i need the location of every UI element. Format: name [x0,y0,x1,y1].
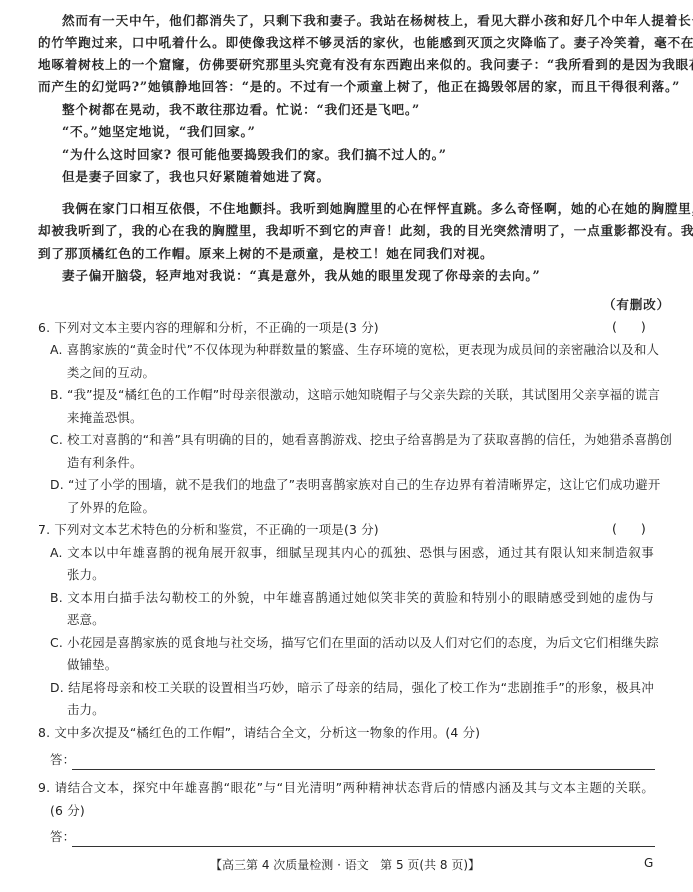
option-c-cont: 造有利条件。 [67,455,143,471]
source-note: （有删改） [603,297,670,313]
option-a[interactable]: A. 喜鹊家族的“黄金时代”不仅体现为种群数量的繁盛、生存环境的宽松，更表现为成… [50,342,654,358]
passage-line: 但是妻子回家了，我也只好紧随着她进了窝。 [62,169,330,185]
passage-line: “为什么这时回家? 很可能他要捣毁我们的家。我们搞不过人的。” [62,147,447,163]
option-d[interactable]: D. 结尾将母亲和校工关联的设置相当巧妙，暗示了母亲的结局，强化了校工作为“悲剧… [50,680,654,696]
question-stem-cont: (6 分) [50,803,85,819]
passage-line: 的竹竿跑过来，口中吼着什么。即使像我这样不够灵活的家伙，也能感到灭顶之灾降临了。… [38,35,654,51]
option-d-cont: 了外界的危险。 [67,500,155,516]
option-b[interactable]: B. “我”提及“橘红色的工作帽”时母亲很激动，这暗示她知晓帽子与父亲失踪的关联… [50,387,654,403]
option-d-cont: 击力。 [67,702,105,718]
version-mark: G [644,856,653,870]
option-c[interactable]: C. 小花园是喜鹊家族的觅食地与社交场，描写它们在里面的活动以及人们对它们的态度… [50,635,654,651]
option-a-cont: 张力。 [67,567,105,583]
option-c[interactable]: C. 校工对喜鹊的“和善”具有明确的目的，她看喜鹊游戏、挖虫子给喜鹊是为了获取喜… [50,432,654,448]
question-stem: 8. 文中多次提及“橘红色的工作帽”，请结合全文，分析这一物象的作用。(4 分) [38,725,480,741]
passage-line: 我俩在家门口相互依偎，不住地颤抖。我听到她胸膛里的心在怦怦直跳。多么奇怪啊，她的… [62,201,654,217]
question-stem: 7. 下列对文本艺术特色的分析和鉴赏，不正确的一项是(3 分) [38,522,379,538]
answer-line[interactable] [72,846,655,847]
option-a-cont: 类之间的互动。 [67,365,155,381]
answer-bracket[interactable]: ( ) [612,319,646,334]
page-footer: 【高三第 4 次质量检测 · 语文 第 5 页(共 8 页)】 [210,856,480,873]
answer-line[interactable] [72,769,655,770]
option-b[interactable]: B. 文本用白描手法勾勒校工的外貌，中年雄喜鹊通过她似笑非笑的黄脸和特别小的眼睛… [50,590,654,606]
answer-label: 答： [50,829,75,845]
passage-line: “不。”她坚定地说，“我们回家。” [62,124,256,140]
passage-line: 妻子偏开脑袋，轻声地对我说：“真是意外，我从她的眼里发现了你母亲的去向。” [62,268,541,284]
option-a[interactable]: A. 文本以中年雄喜鹊的视角展开叙事，细腻呈现其内心的孤独、恐惧与困惑，通过其有… [50,545,654,561]
passage-line: 却被我听到了，我的心在我的胸膛里，我却听不到它的声音！此刻，我的目光突然清明了，… [38,223,654,239]
passage-line: 到了那顶橘红色的工作帽。原来上树的不是顽童，是校工！她在同我们对视。 [38,246,493,262]
option-b-cont: 来掩盖恐惧。 [67,410,143,426]
passage-line: 而产生的幻觉吗?”她镇静地回答：“是的。不过有一个顽童上树了，他正在捣毁邻居的家… [38,79,680,95]
answer-label: 答： [50,752,75,768]
passage-line: 然而有一天中午，他们都消失了，只剩下我和妻子。我站在杨树枝上，看见大群小孩和好几… [62,13,654,29]
option-c-cont: 做铺垫。 [67,657,117,673]
passage-line: 整个树都在晃动，我不敢往那边看。忙说：“我们还是飞吧。” [62,102,420,118]
question-stem: 6. 下列对文本主要内容的理解和分析，不正确的一项是(3 分) [38,320,379,336]
question-stem: 9. 请结合文本，探究中年雄喜鹊“眼花”与“目光清明”两种精神状态背后的情感内涵… [38,780,654,796]
answer-bracket[interactable]: ( ) [612,521,646,536]
passage-line: 地啄着树枝上的一个窟窿，仿佛要研究那里头究竟有没有东西跑出来似的。我问妻子：“我… [38,57,654,73]
option-b-cont: 恶意。 [67,612,105,628]
option-d[interactable]: D. “过了小学的围墙，就不是我们的地盘了”表明喜鹊家族对自己的生存边界有着清晰… [50,477,654,493]
